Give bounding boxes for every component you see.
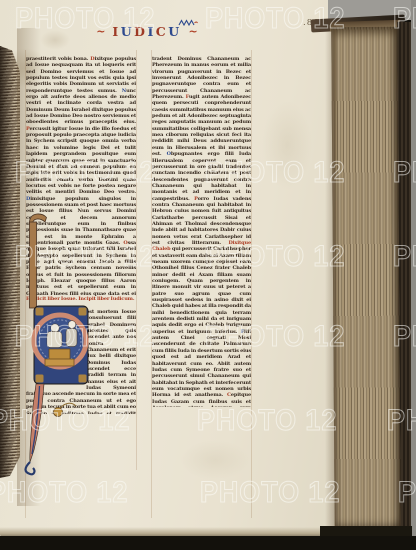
title-letter: I — [112, 24, 120, 39]
text-column-right: tradent Dominus Chananeum ac Pherezeum i… — [152, 56, 251, 407]
title-letter: I — [147, 24, 155, 39]
ruling-line — [251, 50, 252, 518]
title-flourish-right: ~ — [189, 25, 198, 38]
fore-edge-shadow — [325, 24, 336, 534]
running-title: ~ IUDICU ~ — [62, 24, 232, 44]
manuscript-photo: ~ IUDICU ~ .86. praestiterit vobis bona.… — [0, 0, 416, 550]
book-fore-edge-pages — [331, 27, 401, 533]
title-letter: U — [168, 24, 181, 39]
illuminated-initial-P — [20, 210, 96, 476]
title-letter: C — [156, 24, 168, 39]
crown-flourish-icon — [178, 19, 198, 26]
ruling-line — [136, 50, 137, 470]
title-letter: D — [134, 24, 147, 39]
table-shadow-band — [0, 536, 416, 550]
background-right — [411, 0, 416, 550]
title-letter: U — [121, 24, 134, 39]
title-flourish-left: ~ — [96, 25, 105, 38]
